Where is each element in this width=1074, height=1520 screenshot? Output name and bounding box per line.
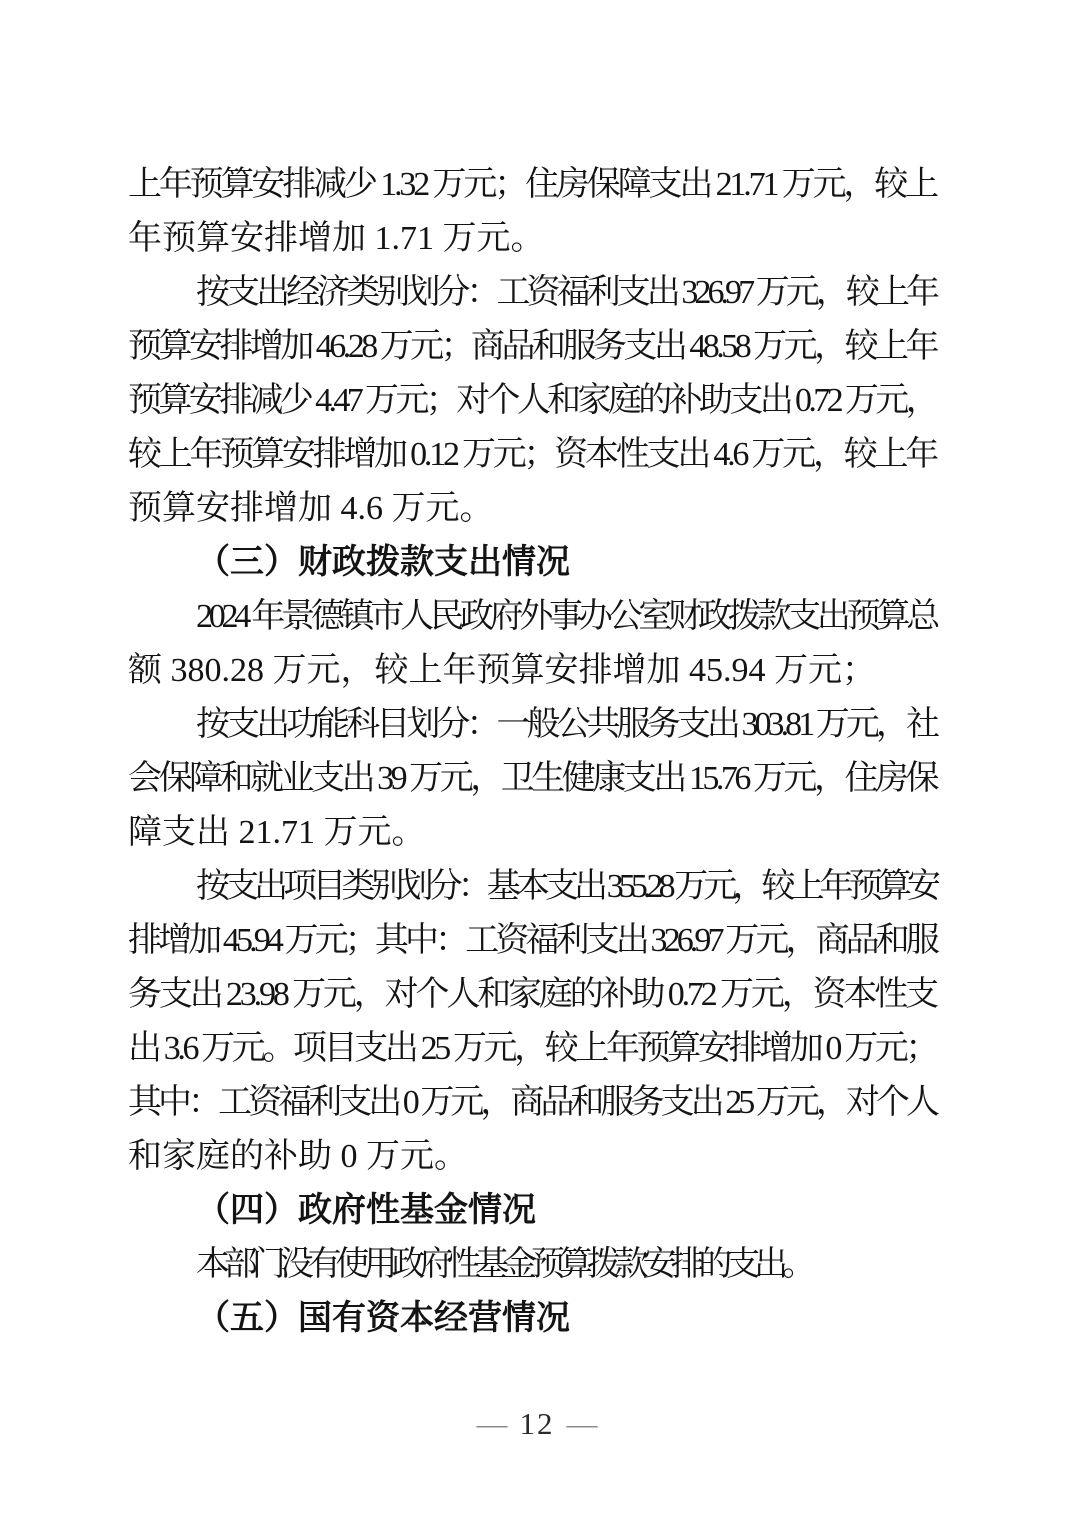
body-line-text: 年预算安排增加 1.71 万元。 bbox=[128, 212, 545, 266]
page-footer: —12— bbox=[0, 1402, 1074, 1446]
body-line: 出 3.6 万元。项目支出 25 万元，较上年预算安排增加 0 万元； bbox=[128, 1022, 936, 1076]
body-line: 额 380.28 万元，较上年预算安排增加 45.94 万元； bbox=[128, 644, 936, 698]
body-line: 预算安排减少 4.47 万元；对个人和家庭的补助支出 0.72 万元， bbox=[128, 374, 936, 428]
page-number: 12 bbox=[520, 1406, 555, 1441]
body-line-text: 会保障和就业支出 39 万元，卫生健康支出 15.76 万元，住房保 bbox=[128, 752, 936, 806]
body-line: 本部门没有使用政府性基金预算拨款安排的支出。 bbox=[128, 1238, 936, 1292]
body-line-text: 其中：工资福利支出 0 万元，商品和服务支出 25 万元，对个人 bbox=[128, 1076, 936, 1130]
body-line: 较上年预算安排增加 0.12 万元；资本性支出 4.6 万元，较上年 bbox=[128, 428, 936, 482]
body-line-text: 出 3.6 万元。项目支出 25 万元，较上年预算安排增加 0 万元； bbox=[128, 1022, 936, 1076]
body-line: 年预算安排增加 1.71 万元。 bbox=[128, 212, 936, 266]
body-line: 按支出经济类别划分：工资福利支出 326.97 万元，较上年 bbox=[128, 266, 936, 320]
body-line-text: 按支出功能科目划分：一般公共服务支出 303.81 万元，社 bbox=[196, 698, 936, 752]
body-line: 障支出 21.71 万元。 bbox=[128, 806, 936, 860]
body-line-text: 务支出 23.98 万元，对个人和家庭的补助 0.72 万元，资本性支 bbox=[128, 968, 936, 1022]
section-heading-text: （四）政府性基金情况 bbox=[196, 1184, 536, 1238]
body-line: 上年预算安排减少 1.32 万元；住房保障支出 21.71 万元，较上 bbox=[128, 158, 936, 212]
body-line-text: 本部门没有使用政府性基金预算拨款安排的支出。 bbox=[196, 1238, 810, 1292]
body-line-text: 按支出经济类别划分：工资福利支出 326.97 万元，较上年 bbox=[196, 266, 936, 320]
section-heading-three: （三）财政拨款支出情况 bbox=[128, 536, 936, 590]
section-heading-text: （三）财政拨款支出情况 bbox=[196, 536, 570, 590]
body-line: 务支出 23.98 万元，对个人和家庭的补助 0.72 万元，资本性支 bbox=[128, 968, 936, 1022]
section-heading-five: （五）国有资本经营情况 bbox=[128, 1292, 936, 1346]
footer-dash-right: — bbox=[567, 1406, 598, 1441]
section-heading-four: （四）政府性基金情况 bbox=[128, 1184, 936, 1238]
section-heading-text: （五）国有资本经营情况 bbox=[196, 1292, 570, 1346]
body-line: 按支出项目类别划分：基本支出 355.28 万元，较上年预算安 bbox=[128, 860, 936, 914]
body-line: 预算安排增加 4.6 万元。 bbox=[128, 482, 936, 536]
body-line-text: 排增加 45.94 万元；其中：工资福利支出 326.97 万元，商品和服 bbox=[128, 914, 936, 968]
body-line: 2024 年景德镇市人民政府外事办公室财政拨款支出预算总 bbox=[128, 590, 936, 644]
body-line-text: 2024 年景德镇市人民政府外事办公室财政拨款支出预算总 bbox=[196, 590, 936, 644]
document-page: 上年预算安排减少 1.32 万元；住房保障支出 21.71 万元，较上 年预算安… bbox=[0, 0, 1074, 1520]
footer-dash-left: — bbox=[477, 1406, 508, 1441]
body-line-text: 和家庭的补助 0 万元。 bbox=[128, 1130, 468, 1184]
body-line-text: 上年预算安排减少 1.32 万元；住房保障支出 21.71 万元，较上 bbox=[128, 158, 936, 212]
body-line: 预算安排增加 46.28 万元；商品和服务支出 48.58 万元，较上年 bbox=[128, 320, 936, 374]
body-line: 其中：工资福利支出 0 万元，商品和服务支出 25 万元，对个人 bbox=[128, 1076, 936, 1130]
body-line: 排增加 45.94 万元；其中：工资福利支出 326.97 万元，商品和服 bbox=[128, 914, 936, 968]
body-line-text: 预算安排减少 4.47 万元；对个人和家庭的补助支出 0.72 万元， bbox=[128, 374, 936, 428]
document-body: 上年预算安排减少 1.32 万元；住房保障支出 21.71 万元，较上 年预算安… bbox=[128, 158, 936, 1346]
body-line: 按支出功能科目划分：一般公共服务支出 303.81 万元，社 bbox=[128, 698, 936, 752]
body-line: 和家庭的补助 0 万元。 bbox=[128, 1130, 936, 1184]
body-line-text: 按支出项目类别划分：基本支出 355.28 万元，较上年预算安 bbox=[196, 860, 936, 914]
body-line-text: 较上年预算安排增加 0.12 万元；资本性支出 4.6 万元，较上年 bbox=[128, 428, 936, 482]
body-line: 会保障和就业支出 39 万元，卫生健康支出 15.76 万元，住房保 bbox=[128, 752, 936, 806]
body-line-text: 预算安排增加 4.6 万元。 bbox=[128, 482, 494, 536]
body-line-text: 预算安排增加 46.28 万元；商品和服务支出 48.58 万元，较上年 bbox=[128, 320, 936, 374]
body-line-text: 额 380.28 万元，较上年预算安排增加 45.94 万元； bbox=[128, 644, 876, 698]
body-line-text: 障支出 21.71 万元。 bbox=[128, 806, 426, 860]
